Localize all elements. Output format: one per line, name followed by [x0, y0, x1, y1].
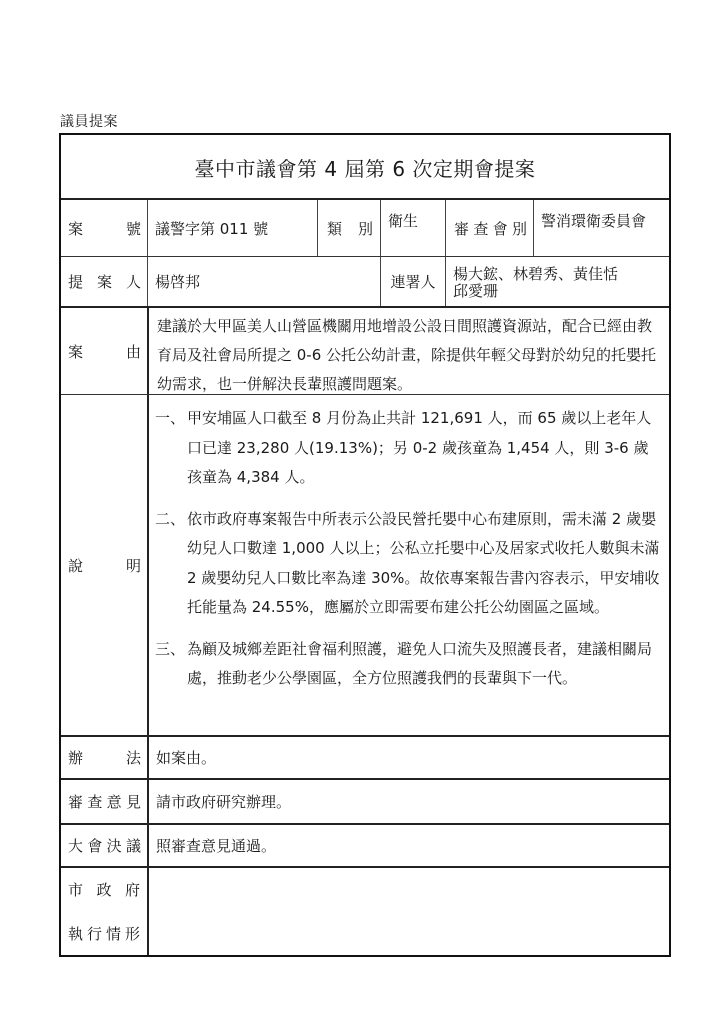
document-label: 議員提案	[60, 111, 118, 131]
form-title: 臺中市議會第 4 屆第 6 次定期會提案	[61, 135, 669, 200]
committee-value: 警消環衛委員會	[534, 200, 669, 256]
execution-label: 市 政 府 執 行 情 形	[61, 868, 147, 955]
committee-label: 審 查 會 別	[446, 200, 533, 256]
method-row: 辦 法 如案由。	[61, 735, 669, 778]
proposer-row: 提 案 人 楊啓邦 連署人 楊大鋐、林碧秀、黃佳恬 邱愛珊	[61, 256, 669, 306]
reason-label: 案 由	[61, 308, 147, 394]
proposer-label: 提 案 人	[61, 257, 147, 306]
reason-text: 建議於大甲區美人山營區機關用地增設公設日間照護資源站，配合已經由教育局及社會局所…	[149, 308, 669, 399]
proposer-value: 楊啓邦	[148, 257, 380, 306]
cosigner-value: 楊大鋐、林碧秀、黃佳恬 邱愛珊	[446, 257, 669, 306]
explanation-item: 二、 依市政府專案報告中所表示公設民營托嬰中心布建原則，需未滿 2 歲嬰幼兒人口…	[155, 505, 663, 623]
reason-row: 案 由 建議於大甲區美人山營區機關用地增設公設日間照護資源站，配合已經由教育局及…	[61, 306, 669, 394]
explanation-row: 說 明 一、 甲安埔區人口截至 8 月份為止共計 121,691 人，而 65 …	[61, 394, 669, 735]
review-row: 審 查 意 見 請市政府研究辦理。	[61, 778, 669, 823]
review-value: 請市政府研究辦理。	[149, 780, 669, 823]
resolution-label: 大 會 決 議	[61, 825, 147, 866]
proposal-form: 臺中市議會第 4 屆第 6 次定期會提案 案 號 議警字第 011 號 類 別 …	[59, 133, 671, 957]
resolution-value: 照審查意見通過。	[149, 825, 669, 866]
case-info-row: 案 號 議警字第 011 號 類 別 衛生 審 查 會 別 警消環衛委員會	[61, 198, 669, 256]
category-label: 類 別	[318, 200, 380, 256]
resolution-row: 大 會 決 議 照審查意見通過。	[61, 823, 669, 866]
case-number-label: 案 號	[61, 200, 147, 256]
category-value: 衛生	[381, 200, 445, 256]
execution-value	[149, 868, 669, 955]
method-value: 如案由。	[149, 737, 669, 778]
explanation-label: 說 明	[61, 395, 147, 735]
explanation-item: 一、 甲安埔區人口截至 8 月份為止共計 121,691 人，而 65 歲以上老…	[155, 404, 663, 493]
method-label: 辦 法	[61, 737, 147, 778]
case-number-value: 議警字第 011 號	[148, 200, 317, 256]
cosigner-label: 連署人	[381, 257, 445, 306]
review-label: 審 查 意 見	[61, 780, 147, 823]
explanation-list: 一、 甲安埔區人口截至 8 月份為止共計 121,691 人，而 65 歲以上老…	[149, 395, 669, 694]
execution-row: 市 政 府 執 行 情 形	[61, 866, 669, 955]
explanation-item: 三、 為顧及城鄉差距社會福利照護，避免人口流失及照護長者，建議相關局處，推動老少…	[155, 635, 663, 694]
